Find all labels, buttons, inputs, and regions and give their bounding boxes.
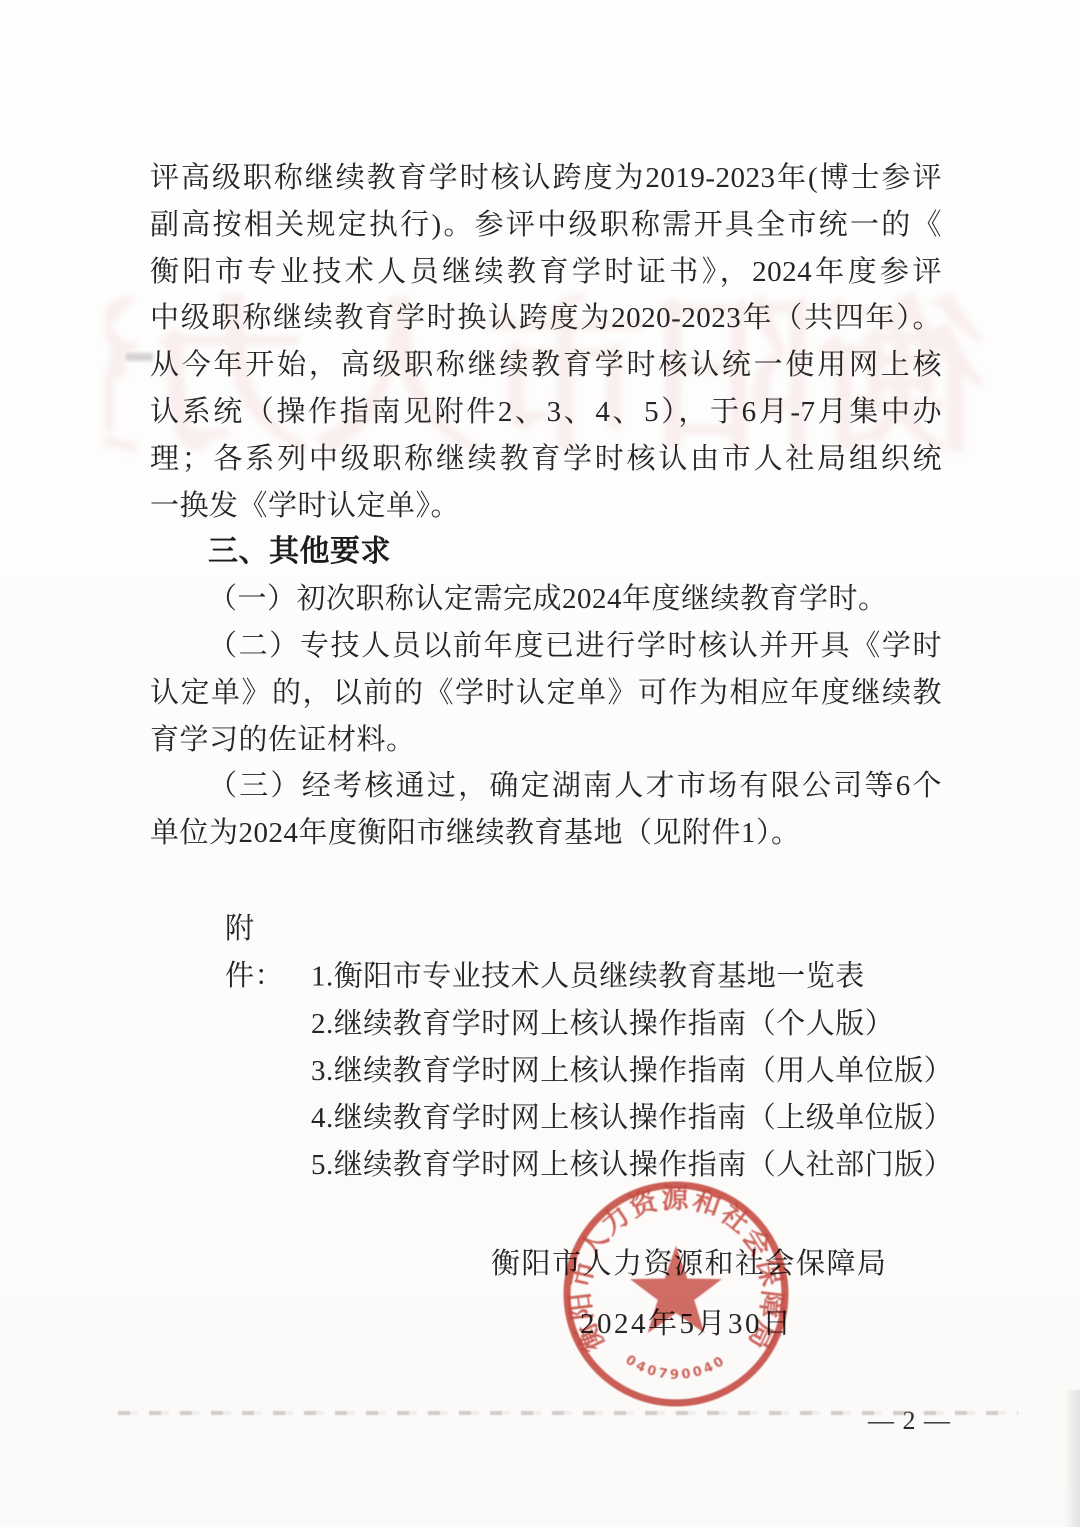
body-line: 评高级职称继续教育学时核认跨度为2019-2023年(博士参评 xyxy=(150,155,942,202)
body-line: 从今年开始，高级职称继续教育学时核认统一使用网上核 xyxy=(150,342,942,389)
attachment-item: 1.衡阳市专业技术人员继续教育基地一览表 xyxy=(311,960,865,992)
attachments-label: 附件： xyxy=(225,906,311,1001)
body-line: 中级职称继续教育学时换认跨度为2020-2023年（共四年）。 xyxy=(150,295,942,342)
document-page: 衡阳市人力资源和社会保障局 评高级职称继续教育学时核认跨度为2019-2023年… xyxy=(0,0,1080,1527)
official-seal-graphic: 衡阳市人力资源和社会保障局 4304079004089 xyxy=(559,1177,793,1411)
attachment-row: 附件：1.衡阳市专业技术人员继续教育基地一览表 xyxy=(225,906,985,1001)
body-line: 副高按相关规定执行)。参评中级职称需开具全市统一的《 xyxy=(150,202,942,249)
body-line: 单位为2024年度衡阳市继续教育基地（见附件1）。 xyxy=(150,810,942,857)
body-line: 认定单》的，以前的《学时认定单》可作为相应年度继续教 xyxy=(150,670,942,717)
scan-artifact-edge xyxy=(1064,1390,1080,1527)
body-line: （三）经考核通过，确定湖南人才市场有限公司等6个 xyxy=(150,763,942,810)
official-seal: 衡阳市人力资源和社会保障局 4304079004089 xyxy=(559,1177,793,1411)
body-line: 一换发《学时认定单》。 xyxy=(150,483,942,530)
body-line: （一）初次职称认定需完成2024年度继续教育学时。 xyxy=(150,576,942,623)
attachment-item: 4.继续教育学时网上核认操作指南（上级单位版） xyxy=(311,1095,985,1142)
body-line: 理；各系列中级职称继续教育学时核认由市人社局组织统 xyxy=(150,436,942,483)
star-icon xyxy=(630,1246,722,1334)
section-heading: 三、其他要求 xyxy=(150,529,942,576)
scan-artifact-smudge xyxy=(126,353,153,361)
body-line: （二）专技人员以前年度已进行学时核认并开具《学时 xyxy=(150,623,942,670)
body-line: 育学习的佐证材料。 xyxy=(150,717,942,764)
attachment-item: 3.继续教育学时网上核认操作指南（用人单位版） xyxy=(311,1048,985,1095)
attachments-list: 附件：1.衡阳市专业技术人员继续教育基地一览表 2.继续教育学时网上核认操作指南… xyxy=(225,906,985,1190)
body-line: 衡阳市专业技术人员继续教育学时证书》，2024年度参评 xyxy=(150,249,942,296)
attachment-item: 2.继续教育学时网上核认操作指南（个人版） xyxy=(311,1001,985,1048)
scan-artifact-streak xyxy=(118,1411,1018,1415)
body-line: 认系统（操作指南见附件2、3、4、5），于6月-7月集中办 xyxy=(150,389,942,436)
document-body: 评高级职称继续教育学时核认跨度为2019-2023年(博士参评 副高按相关规定执… xyxy=(150,155,942,857)
